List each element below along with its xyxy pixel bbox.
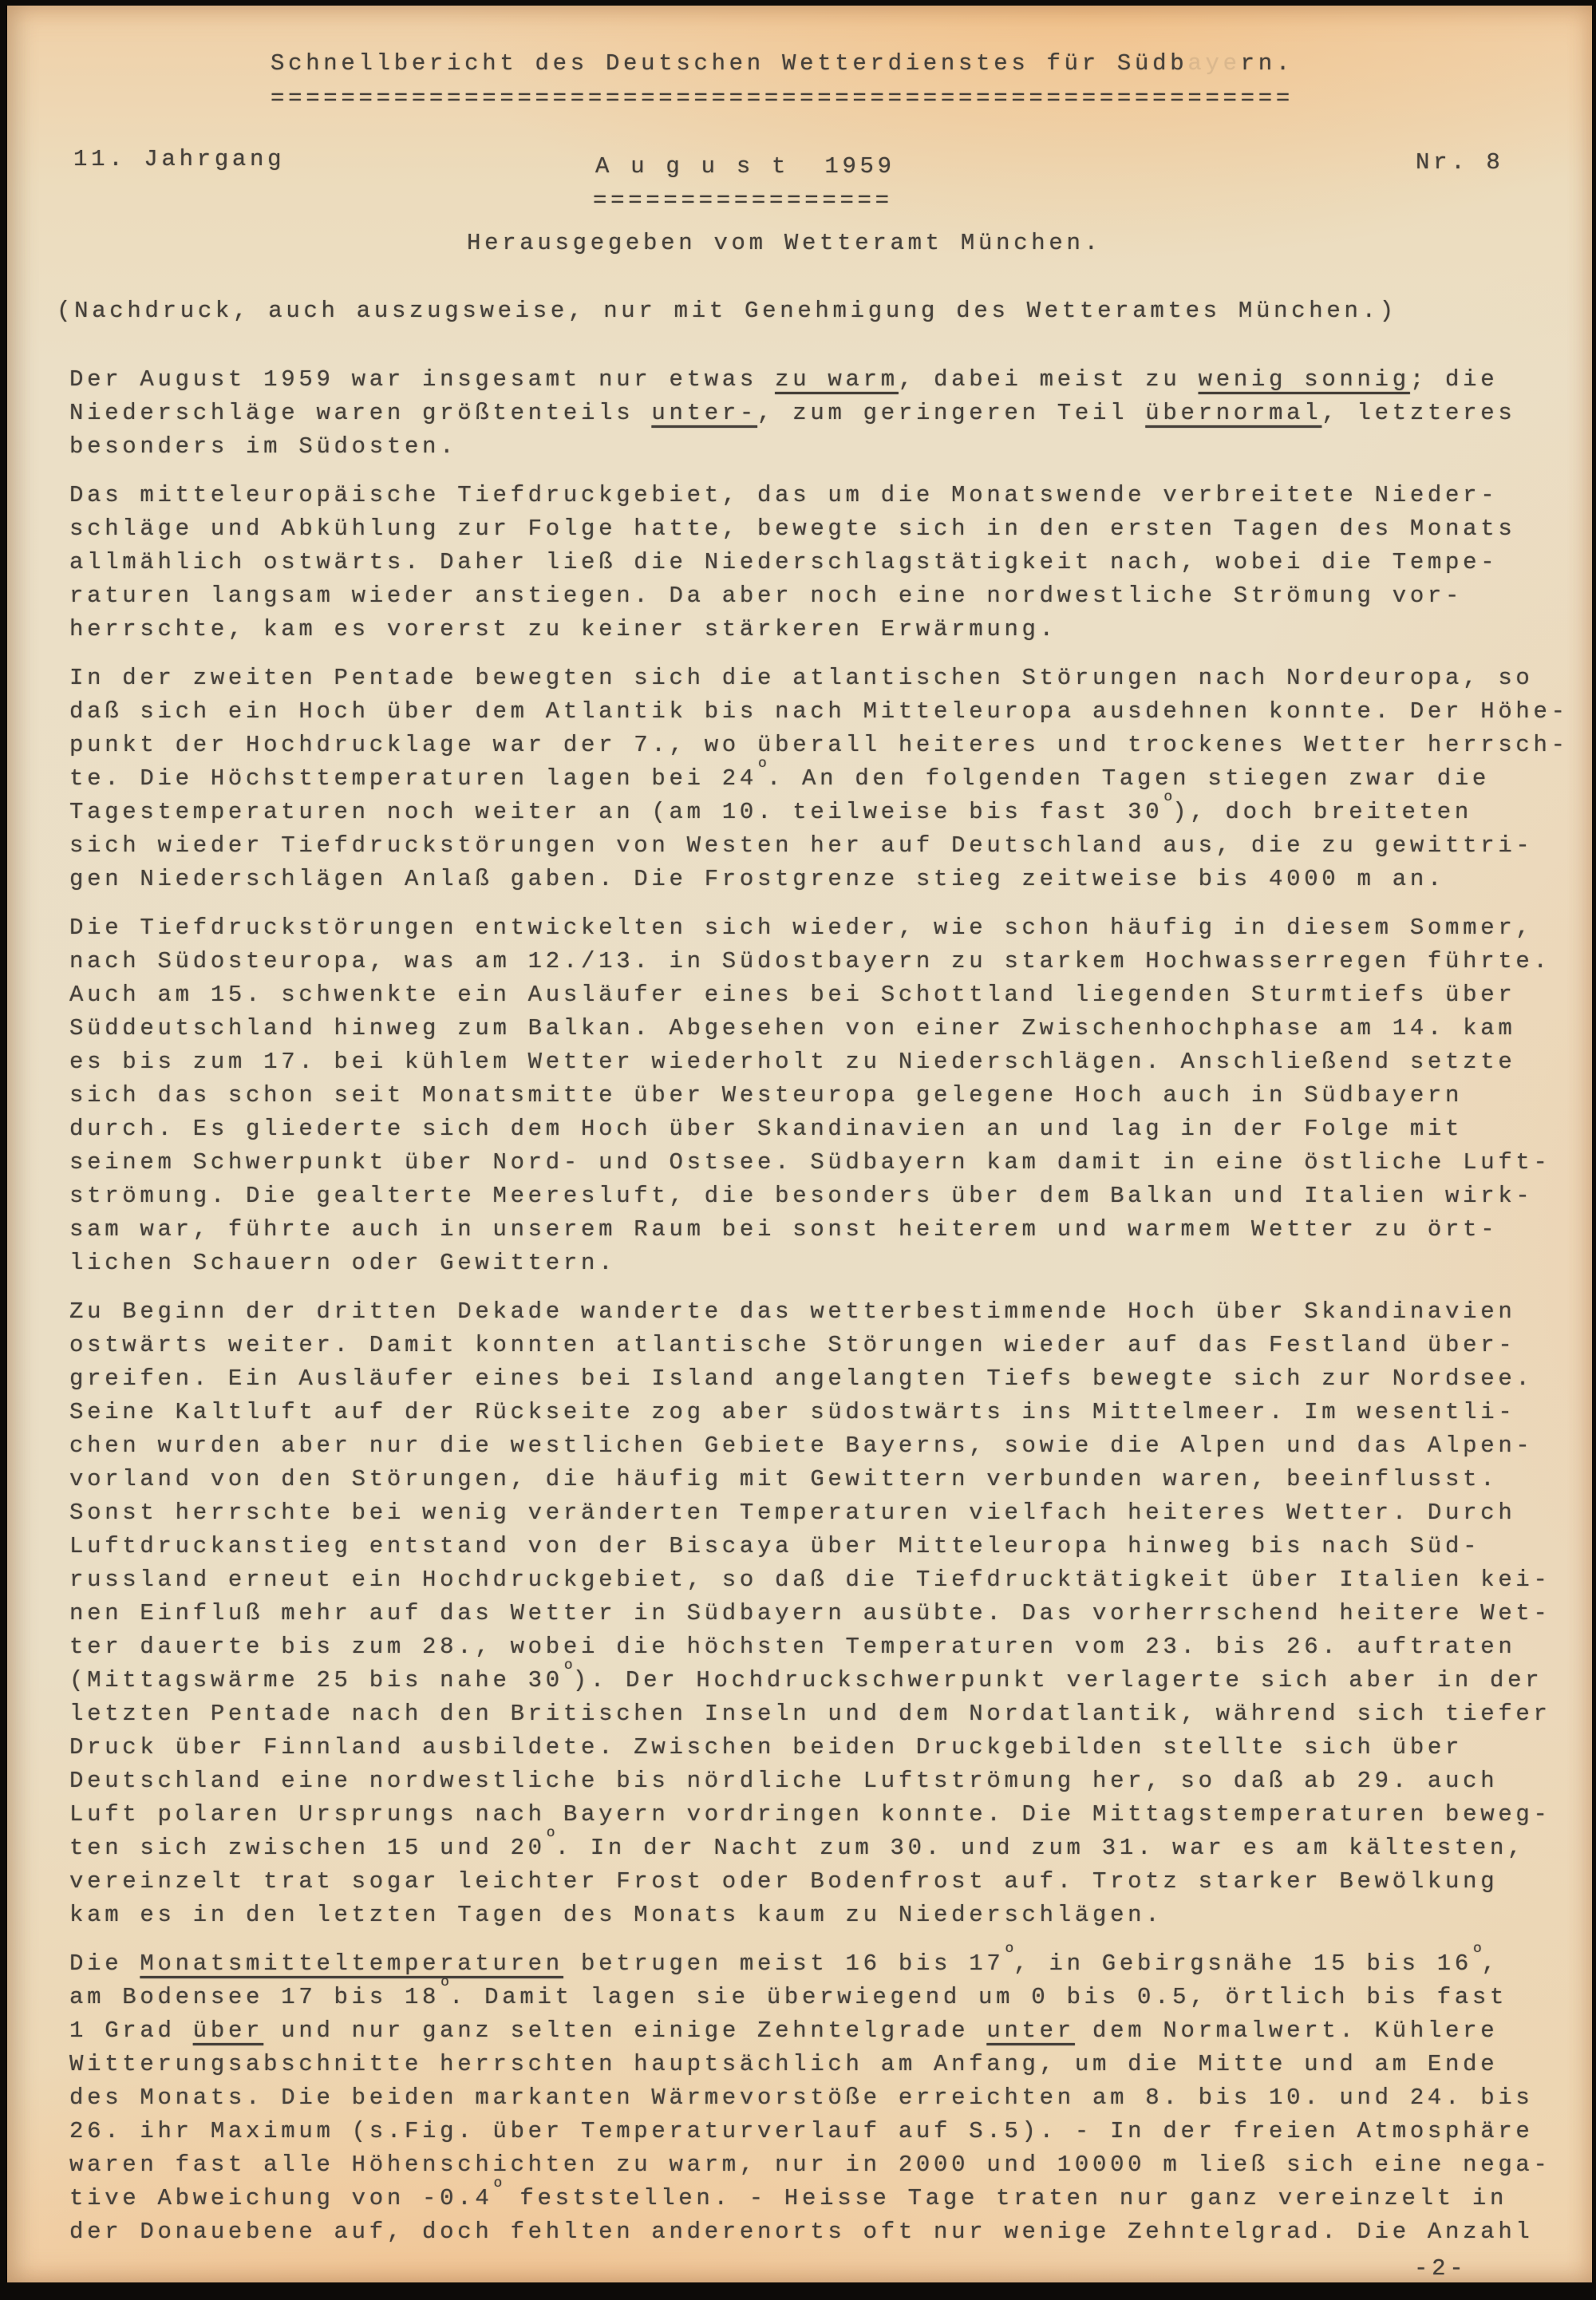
paper-sheet: Schnellbericht des Deutschen Wetterdiens… [7,6,1592,2282]
document-title-text: Schnellbericht des Deutschen Wetterdiens… [271,50,1187,77]
copyright-line: (Nachdruck, auch auszugsweise, nur mit G… [57,294,1397,328]
volume-label: 11. Jahrgang [73,143,285,176]
report-body: Der August 1959 war insgesamt nur etwas … [69,363,1586,2264]
scanned-document-page: Schnellbericht des Deutschen Wetterdiens… [0,0,1596,2300]
month-divider-rule: ================= [593,184,893,218]
publisher-line: Herausgegeben vom Wetteramt München. [467,227,1102,260]
document-title-faded-letters: aye [1187,50,1240,77]
issue-month-label: A u g u s t 1959 [595,150,895,184]
paragraph-third-decade: Zu Beginn der dritten Dekade wanderte da… [69,1295,1586,1932]
issue-number-label: Nr. 8 [1416,146,1504,180]
paragraph-first-days: Das mitteleuropäische Tiefdruckgebiet, d… [69,479,1586,646]
paragraph-overview: Der August 1959 war insgesamt nur etwas … [69,363,1586,464]
paragraph-monthly-means: Die Monatsmitteltemperaturen betrugen me… [69,1947,1586,2249]
page-number: -2- [1414,2252,1467,2286]
document-title: Schnellbericht des Deutschen Wetterdiens… [271,47,1294,81]
title-divider-rule: ========================================… [271,82,1294,116]
document-title-end: rn. [1241,50,1294,77]
paragraph-second-pentad: In der zweiten Pentade bewegten sich die… [69,662,1586,896]
paragraph-mid-month: Die Tiefdruckstörungen entwickelten sich… [69,911,1586,1280]
